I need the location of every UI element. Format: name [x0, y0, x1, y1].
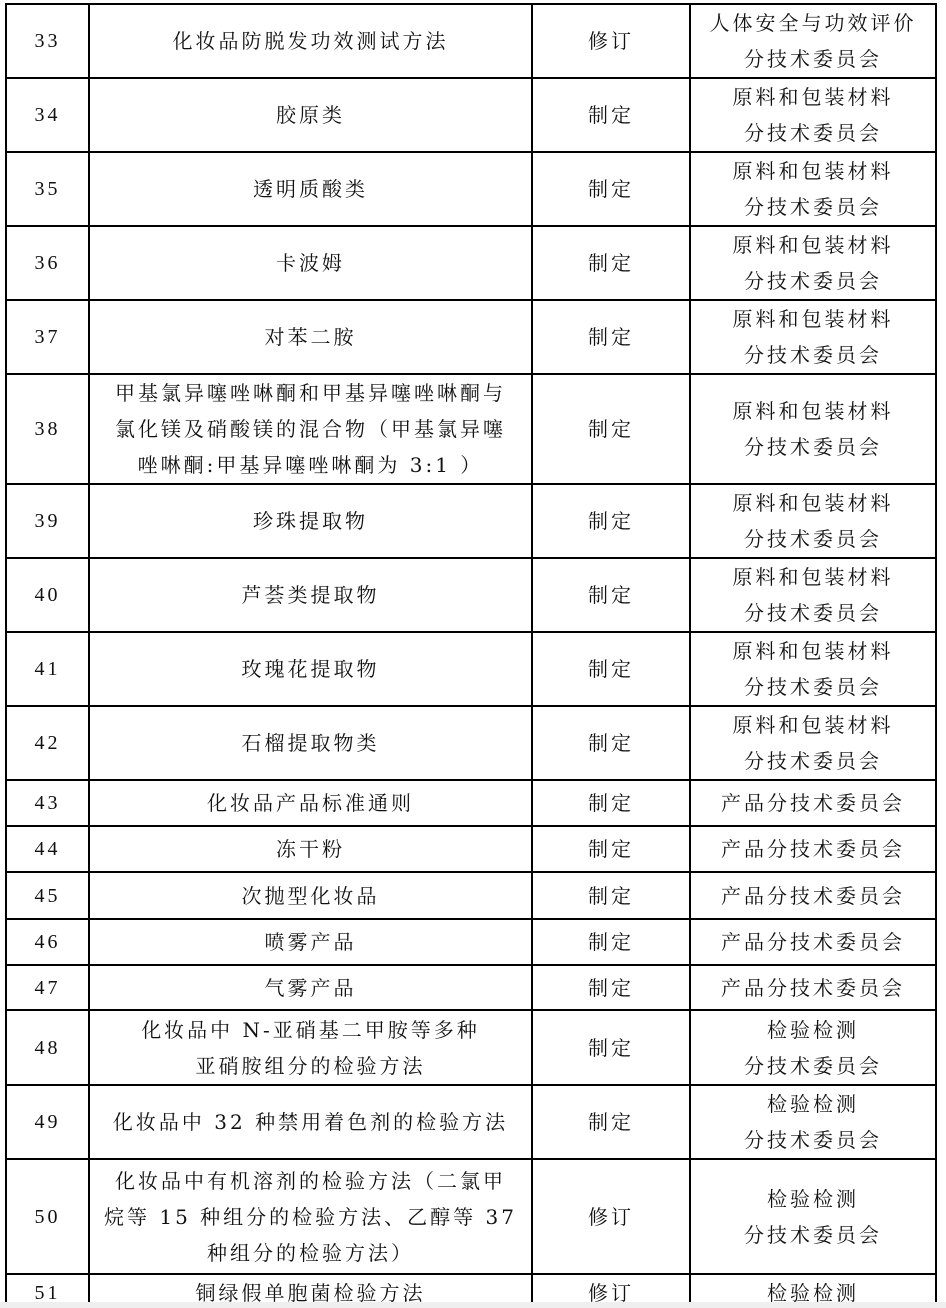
standard-name: 化妆品产品标准通则 — [89, 780, 532, 826]
committee-line: 原料和包装材料 — [697, 301, 929, 337]
revision-type: 制定 — [532, 826, 690, 872]
committee-line: 原料和包装材料 — [697, 633, 929, 669]
revision-type: 制定 — [532, 780, 690, 826]
committee-line: 分技术委员会 — [697, 669, 929, 705]
committee-line: 分技术委员会 — [697, 337, 929, 373]
revision-type: 修订 — [532, 4, 690, 78]
standard-name-line: 氯化镁及硝酸镁的混合物（甲基氯异噻 — [96, 411, 525, 447]
page-bottom-margin — [0, 1302, 946, 1308]
standard-name: 冻干粉 — [89, 826, 532, 872]
committee: 原料和包装材料分技术委员会 — [690, 300, 936, 374]
standard-name: 化妆品中有机溶剂的检验方法（二氯甲烷等 15 种组分的检验方法、乙醇等 37种组… — [89, 1159, 532, 1274]
table-row: 44 冻干粉 制定 产品分技术委员会 — [6, 826, 936, 872]
committee: 原料和包装材料分技术委员会 — [690, 484, 936, 558]
row-number: 50 — [6, 1159, 89, 1274]
standard-name-line: 喷雾产品 — [96, 924, 525, 960]
committee-line: 产品分技术委员会 — [697, 785, 929, 821]
row-number: 42 — [6, 706, 89, 780]
committee-line: 原料和包装材料 — [697, 227, 929, 263]
committee-line: 分技术委员会 — [697, 521, 929, 557]
standard-name-line: 气雾产品 — [96, 970, 525, 1006]
committee-line: 分技术委员会 — [697, 115, 929, 151]
row-number: 34 — [6, 78, 89, 152]
table-row: 38 甲基氯异噻唑啉酮和甲基异噻唑啉酮与氯化镁及硝酸镁的混合物（甲基氯异噻唑啉酮… — [6, 374, 936, 484]
table-row: 49 化妆品中 32 种禁用着色剂的检验方法 制定 检验检测分技术委员会 — [6, 1085, 936, 1159]
revision-type: 制定 — [532, 226, 690, 300]
standard-name: 喷雾产品 — [89, 919, 532, 965]
revision-type: 制定 — [532, 484, 690, 558]
committee-line: 分技术委员会 — [697, 1048, 929, 1084]
standard-name: 玫瑰花提取物 — [89, 632, 532, 706]
row-number: 40 — [6, 558, 89, 632]
committee: 产品分技术委员会 — [690, 780, 936, 826]
standard-name: 化妆品防脱发功效测试方法 — [89, 4, 532, 78]
table-row: 48 化妆品中 N-亚硝基二甲胺等多种亚硝胺组分的检验方法 制定 检验检测分技术… — [6, 1010, 936, 1085]
standard-name-line: 胶原类 — [96, 97, 525, 133]
standard-name-line: 冻干粉 — [96, 831, 525, 867]
standard-name-line: 石榴提取物类 — [96, 725, 525, 761]
committee-line: 分技术委员会 — [697, 743, 929, 779]
standards-table: 33 化妆品防脱发功效测试方法 修订 人体安全与功效评价分技术委员会 34 胶原… — [5, 3, 937, 1308]
committee: 原料和包装材料分技术委员会 — [690, 78, 936, 152]
committee-line: 原料和包装材料 — [697, 79, 929, 115]
committee: 检验检测分技术委员会 — [690, 1085, 936, 1159]
row-number: 35 — [6, 152, 89, 226]
standard-name-line: 珍珠提取物 — [96, 503, 525, 539]
committee-line: 原料和包装材料 — [697, 393, 929, 429]
committee-line: 分技术委员会 — [697, 1122, 929, 1158]
committee-line: 产品分技术委员会 — [697, 878, 929, 914]
committee-line: 原料和包装材料 — [697, 485, 929, 521]
standard-name-line: 化妆品产品标准通则 — [96, 785, 525, 821]
revision-type: 制定 — [532, 1010, 690, 1085]
committee: 检验检测分技术委员会 — [690, 1159, 936, 1274]
standard-name: 卡波姆 — [89, 226, 532, 300]
row-number: 36 — [6, 226, 89, 300]
standard-name-line: 透明质酸类 — [96, 171, 525, 207]
standard-name-line: 唑啉酮:甲基异噻唑啉酮为 3:1 ） — [96, 447, 525, 483]
standard-name: 化妆品中 32 种禁用着色剂的检验方法 — [89, 1085, 532, 1159]
committee: 产品分技术委员会 — [690, 872, 936, 919]
revision-type: 制定 — [532, 374, 690, 484]
committee-line: 人体安全与功效评价 — [697, 5, 929, 41]
row-number: 38 — [6, 374, 89, 484]
committee: 产品分技术委员会 — [690, 919, 936, 965]
standard-name-line: 芦荟类提取物 — [96, 577, 525, 613]
table-row: 33 化妆品防脱发功效测试方法 修订 人体安全与功效评价分技术委员会 — [6, 4, 936, 78]
row-number: 43 — [6, 780, 89, 826]
standard-name: 甲基氯异噻唑啉酮和甲基异噻唑啉酮与氯化镁及硝酸镁的混合物（甲基氯异噻唑啉酮:甲基… — [89, 374, 532, 484]
committee: 原料和包装材料分技术委员会 — [690, 374, 936, 484]
standard-name: 石榴提取物类 — [89, 706, 532, 780]
committee-line: 产品分技术委员会 — [697, 970, 929, 1006]
revision-type: 修订 — [532, 1159, 690, 1274]
revision-type: 制定 — [532, 78, 690, 152]
committee: 产品分技术委员会 — [690, 826, 936, 872]
table-row: 43 化妆品产品标准通则 制定 产品分技术委员会 — [6, 780, 936, 826]
committee: 人体安全与功效评价分技术委员会 — [690, 4, 936, 78]
standard-name-line: 对苯二胺 — [96, 319, 525, 355]
committee-line: 分技术委员会 — [697, 263, 929, 299]
standard-name-line: 玫瑰花提取物 — [96, 651, 525, 687]
committee: 原料和包装材料分技术委员会 — [690, 632, 936, 706]
table-row: 40 芦荟类提取物 制定 原料和包装材料分技术委员会 — [6, 558, 936, 632]
committee-line: 分技术委员会 — [697, 595, 929, 631]
standard-name-line: 化妆品中 N-亚硝基二甲胺等多种 — [96, 1012, 525, 1048]
table-row: 41 玫瑰花提取物 制定 原料和包装材料分技术委员会 — [6, 632, 936, 706]
committee-line: 检验检测 — [697, 1181, 929, 1217]
committee-line: 产品分技术委员会 — [697, 831, 929, 867]
committee: 原料和包装材料分技术委员会 — [690, 558, 936, 632]
revision-type: 制定 — [532, 632, 690, 706]
table-row: 35 透明质酸类 制定 原料和包装材料分技术委员会 — [6, 152, 936, 226]
table-row: 50 化妆品中有机溶剂的检验方法（二氯甲烷等 15 种组分的检验方法、乙醇等 3… — [6, 1159, 936, 1274]
table-row: 39 珍珠提取物 制定 原料和包装材料分技术委员会 — [6, 484, 936, 558]
table-row: 42 石榴提取物类 制定 原料和包装材料分技术委员会 — [6, 706, 936, 780]
row-number: 44 — [6, 826, 89, 872]
row-number: 48 — [6, 1010, 89, 1085]
standard-name-line: 化妆品防脱发功效测试方法 — [96, 23, 525, 59]
row-number: 39 — [6, 484, 89, 558]
row-number: 37 — [6, 300, 89, 374]
committee: 原料和包装材料分技术委员会 — [690, 226, 936, 300]
standard-name: 胶原类 — [89, 78, 532, 152]
standard-name-line: 烷等 15 种组分的检验方法、乙醇等 37 — [96, 1199, 525, 1235]
standard-name: 化妆品中 N-亚硝基二甲胺等多种亚硝胺组分的检验方法 — [89, 1010, 532, 1085]
committee: 检验检测分技术委员会 — [690, 1010, 936, 1085]
committee-line: 分技术委员会 — [697, 429, 929, 465]
committee-line: 原料和包装材料 — [697, 707, 929, 743]
committee-line: 原料和包装材料 — [697, 153, 929, 189]
table-row: 47 气雾产品 制定 产品分技术委员会 — [6, 965, 936, 1010]
standard-name-line: 化妆品中 32 种禁用着色剂的检验方法 — [96, 1104, 525, 1140]
committee-line: 分技术委员会 — [697, 1217, 929, 1253]
standard-name: 珍珠提取物 — [89, 484, 532, 558]
standard-name: 芦荟类提取物 — [89, 558, 532, 632]
row-number: 49 — [6, 1085, 89, 1159]
standard-name: 气雾产品 — [89, 965, 532, 1010]
revision-type: 制定 — [532, 919, 690, 965]
standard-name: 次抛型化妆品 — [89, 872, 532, 919]
standard-name-line: 卡波姆 — [96, 245, 525, 281]
standard-name: 对苯二胺 — [89, 300, 532, 374]
revision-type: 制定 — [532, 152, 690, 226]
standard-name-line: 次抛型化妆品 — [96, 878, 525, 914]
table-body: 33 化妆品防脱发功效测试方法 修订 人体安全与功效评价分技术委员会 34 胶原… — [6, 4, 936, 1308]
revision-type: 制定 — [532, 300, 690, 374]
committee: 产品分技术委员会 — [690, 965, 936, 1010]
standard-name: 透明质酸类 — [89, 152, 532, 226]
revision-type: 制定 — [532, 965, 690, 1010]
row-number: 46 — [6, 919, 89, 965]
row-number: 41 — [6, 632, 89, 706]
table-row: 34 胶原类 制定 原料和包装材料分技术委员会 — [6, 78, 936, 152]
row-number: 47 — [6, 965, 89, 1010]
committee-line: 原料和包装材料 — [697, 559, 929, 595]
committee-line: 产品分技术委员会 — [697, 924, 929, 960]
committee-line: 检验检测 — [697, 1086, 929, 1122]
committee-line: 检验检测 — [697, 1012, 929, 1048]
row-number: 45 — [6, 872, 89, 919]
revision-type: 制定 — [532, 872, 690, 919]
revision-type: 制定 — [532, 1085, 690, 1159]
standard-name-line: 甲基氯异噻唑啉酮和甲基异噻唑啉酮与 — [96, 375, 525, 411]
committee: 原料和包装材料分技术委员会 — [690, 706, 936, 780]
committee-line: 分技术委员会 — [697, 189, 929, 225]
committee: 原料和包装材料分技术委员会 — [690, 152, 936, 226]
table-row: 37 对苯二胺 制定 原料和包装材料分技术委员会 — [6, 300, 936, 374]
standard-name-line: 化妆品中有机溶剂的检验方法（二氯甲 — [96, 1163, 525, 1199]
standard-name-line: 亚硝胺组分的检验方法 — [96, 1048, 525, 1084]
revision-type: 制定 — [532, 558, 690, 632]
committee-line: 分技术委员会 — [697, 41, 929, 77]
standard-name-line: 种组分的检验方法） — [96, 1235, 525, 1271]
row-number: 33 — [6, 4, 89, 78]
table-row: 36 卡波姆 制定 原料和包装材料分技术委员会 — [6, 226, 936, 300]
table-row: 45 次抛型化妆品 制定 产品分技术委员会 — [6, 872, 936, 919]
revision-type: 制定 — [532, 706, 690, 780]
table-row: 46 喷雾产品 制定 产品分技术委员会 — [6, 919, 936, 965]
